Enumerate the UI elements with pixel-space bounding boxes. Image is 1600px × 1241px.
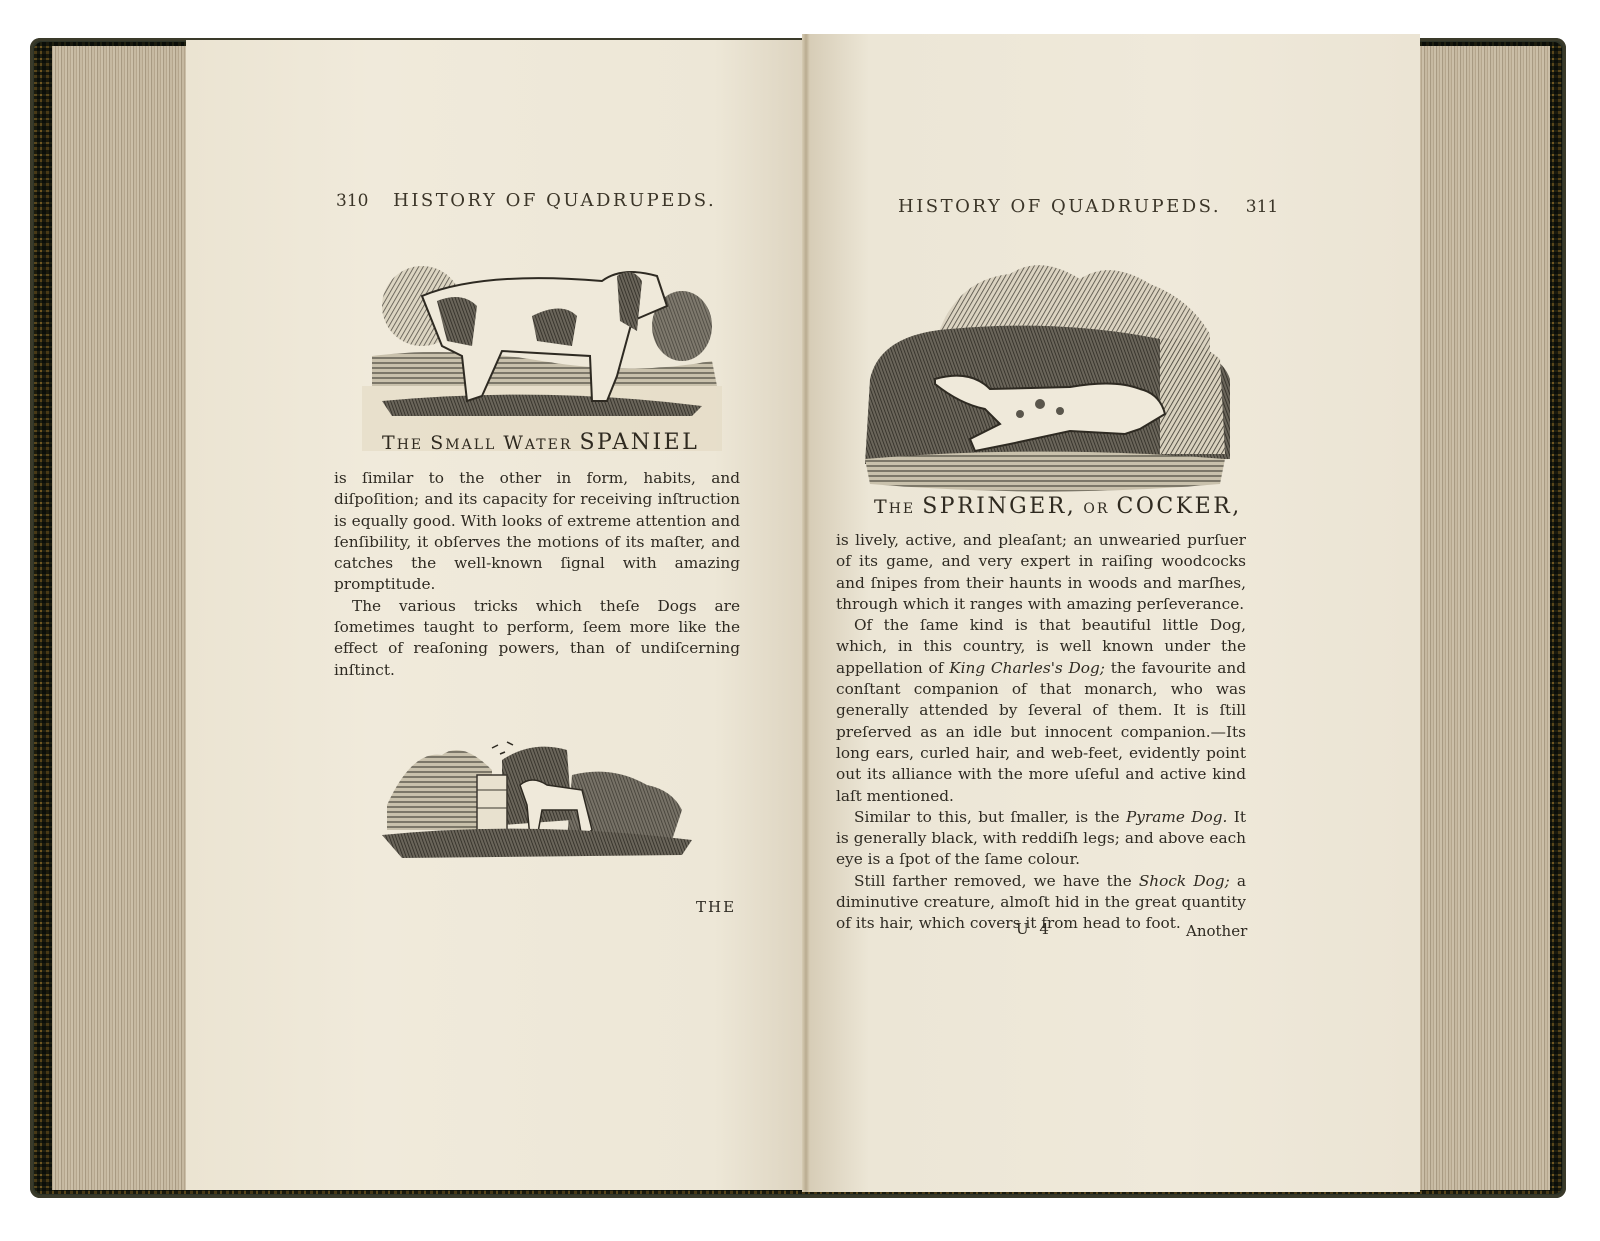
paragraph: The various tricks which theſe Dogs are … xyxy=(334,596,740,681)
gutter xyxy=(802,34,810,1192)
right-page: HISTORY OF QUADRUPEDS. 311 THE SPRINGER,… xyxy=(808,34,1420,1192)
running-head-title: HISTORY OF QUADRUPEDS. xyxy=(898,196,1221,217)
caption-small-water-spaniel: THE SMALL WATER SPANIEL xyxy=(382,430,699,455)
page-edges-right xyxy=(1415,46,1550,1190)
paragraph: is ſimilar to the other in form, habits,… xyxy=(334,468,740,596)
page-edges-left xyxy=(52,46,192,1190)
running-head-title: HISTORY OF QUADRUPEDS. xyxy=(393,190,716,211)
paragraph: Similar to this, but ſmaller, is the Pyr… xyxy=(836,807,1246,871)
woodcut-water-spaniel-illustration xyxy=(362,236,722,451)
page-number: 311 xyxy=(1246,197,1278,217)
woodcut-springer-illustration xyxy=(860,239,1232,501)
signature-mark: U 4 xyxy=(1016,920,1052,938)
paragraph: is lively, active, and pleaſant; an unwe… xyxy=(836,530,1246,615)
running-head-left: 310 HISTORY OF QUADRUPEDS. xyxy=(336,190,716,211)
left-page: 310 HISTORY OF QUADRUPEDS. THE SMALL WAT… xyxy=(186,40,808,1190)
body-text-right: is lively, active, and pleaſant; an unwe… xyxy=(836,530,1246,935)
italic-breed-name: King Charles's Dog; xyxy=(949,659,1105,677)
running-head-right: HISTORY OF QUADRUPEDS. 311 xyxy=(898,196,1278,217)
caption-springer-or-cocker: THE SPRINGER, OR COCKER, xyxy=(874,494,1242,519)
italic-breed-name: Pyrame Dog. xyxy=(1126,808,1227,826)
catchword-left: THE xyxy=(696,898,736,916)
page-number: 310 xyxy=(336,191,368,211)
body-text-left: is ſimilar to the other in form, habits,… xyxy=(334,468,740,681)
woodcut-tailpiece-illustration xyxy=(382,730,702,870)
italic-breed-name: Shock Dog; xyxy=(1139,872,1230,890)
catchword-right: Another xyxy=(1186,922,1247,940)
paragraph: Of the ſame kind is that beautiful littl… xyxy=(836,615,1246,807)
